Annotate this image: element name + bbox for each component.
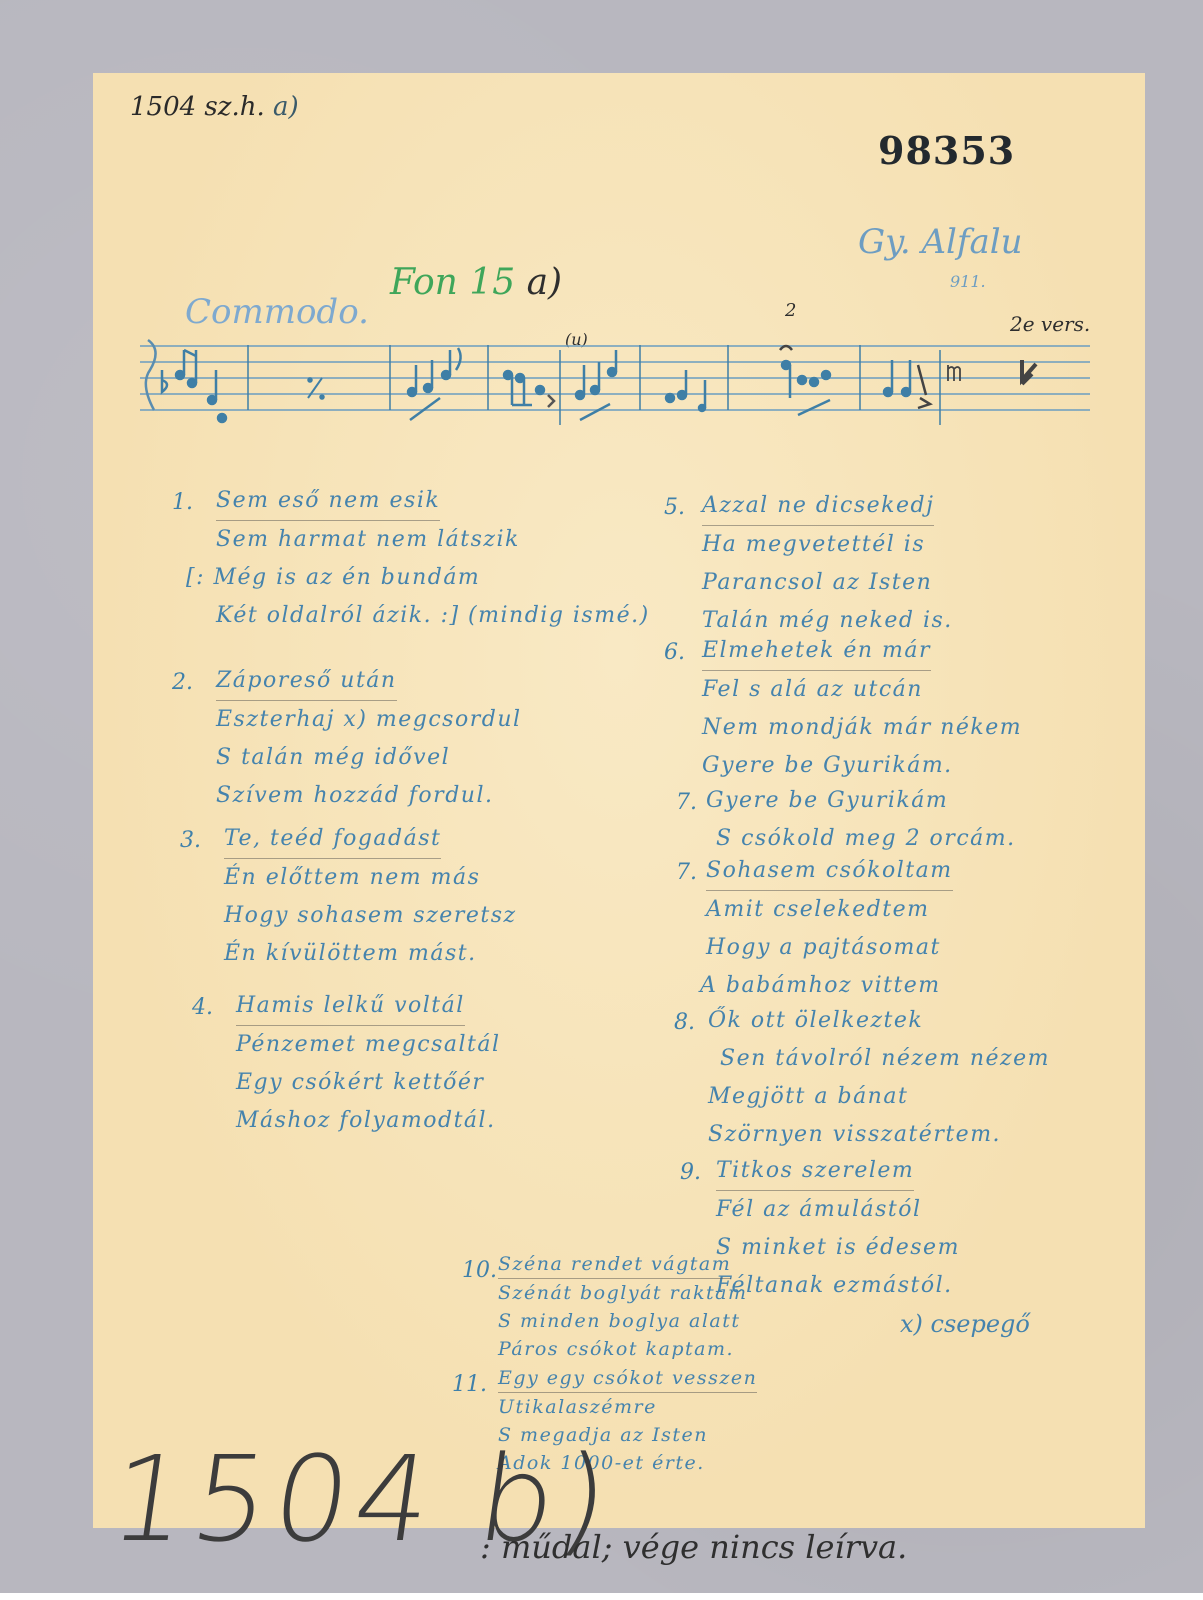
stamp-number: 98353 — [878, 128, 1015, 173]
archive-reference-suffix: a) — [273, 92, 299, 122]
stanza-line: Megjött a bánat — [708, 1078, 1050, 1116]
stanza-line: Én előttem nem más — [224, 859, 517, 897]
bottom-note: : műdal; vége nincs leírva. — [480, 1528, 907, 1566]
stanza-line: Sen távolról nézem nézem — [720, 1040, 1050, 1078]
archive-reference-number: 1504 sz.h. — [130, 92, 265, 122]
phonograph-suffix: a) — [527, 262, 563, 303]
stanza-line: Fel s alá az utcán — [702, 671, 1022, 709]
phonograph-reference: Fon 15 a) — [390, 262, 562, 303]
fermata-mark: 2 — [785, 300, 796, 321]
stanza-line: S talán még idővel — [216, 739, 522, 777]
stanza-number: 4. — [192, 995, 213, 1020]
stanza-line: Szénát boglyát raktam — [498, 1279, 748, 1307]
stanza-line: Gyere be Gyurikám. — [702, 747, 1022, 785]
stanza-line: S minket is édesem — [716, 1229, 960, 1267]
stanza-number: 8. — [674, 1010, 695, 1035]
footnote: x) csepegő — [900, 1310, 1030, 1338]
stanza-line: Hogy a pajtásomat — [706, 929, 953, 967]
stanza-number: 10. — [462, 1258, 497, 1283]
stanza-line: Ők ott ölelkeztek — [708, 1002, 1050, 1040]
phonograph-number: Fon 15 — [390, 262, 515, 303]
stanza-line: Nem mondják már nékem — [702, 709, 1022, 747]
stanza-number: 6. — [664, 640, 685, 665]
stanza-line: Azzal ne dicsekedj — [702, 487, 934, 526]
stanza-line: Pénzemet megcsaltál — [236, 1026, 501, 1064]
stanza-line: Záporeső után — [216, 662, 397, 701]
stanza-number: 7. — [676, 860, 697, 885]
stanza-line: Amit cselekedtem — [706, 891, 953, 929]
music-notation-icon — [140, 320, 1090, 430]
stanza-line: A babámhoz vittem — [700, 967, 953, 1005]
music-staff — [140, 345, 1090, 413]
stanza-line: Szívem hozzád fordul. — [216, 777, 522, 815]
stanza-number: 5. — [664, 495, 685, 520]
stanza-line: Ha megvetettél is — [702, 526, 953, 564]
stanza-line: Eszterhaj x) megcsordul — [216, 701, 522, 739]
stanza-line: Széna rendet vágtam — [498, 1250, 731, 1279]
stanza-number: 9. — [680, 1160, 701, 1185]
stanza-number: 2. — [172, 670, 193, 695]
stanza-line: Máshoz folyamodtál. — [236, 1102, 501, 1140]
stanza-line: Hamis lelkű voltál — [236, 987, 465, 1026]
stanza-line: Titkos szerelem — [716, 1152, 914, 1191]
stanza-line: Gyere be Gyurikám — [706, 782, 1016, 820]
stanza-line: Parancsol az Isten — [702, 564, 953, 602]
stanza-line: Sohasem csókoltam — [706, 852, 953, 891]
stanza-line: Sem eső nem esik — [216, 482, 440, 521]
stanza-line: Sem harmat nem látszik — [216, 521, 650, 559]
stanza-line: Én kívülöttem mást. — [224, 935, 517, 973]
stanza-line: Hogy sohasem szeretsz — [224, 897, 517, 935]
location-label: Gy. Alfalu — [858, 222, 1023, 262]
stanza-line: Szörnyen visszatértem. — [708, 1116, 1050, 1154]
stanza-number: 3. — [180, 828, 201, 853]
stanza-line: Utikalaszémre — [498, 1393, 757, 1421]
stanza-line: Féltanak ezmástól. — [716, 1267, 960, 1305]
stanza-line: Elmehetek én már — [702, 632, 931, 671]
stanza-line: S minden boglya alatt — [498, 1307, 748, 1335]
archive-reference: 1504 sz.h. a) — [130, 92, 299, 122]
stanza-line: Egy egy csókot vesszen — [498, 1364, 757, 1393]
location-sub-label: 911. — [950, 272, 986, 291]
stanza-line: [: Még is az én bundám — [186, 559, 650, 597]
stanza-number: 7. — [676, 790, 697, 815]
stanza-number: 1. — [172, 490, 193, 515]
stanza-line: Fél az ámulástól — [716, 1191, 960, 1229]
stanza-line: Te, teéd fogadást — [224, 820, 441, 859]
stanza-line: Páros csókot kaptam. — [498, 1335, 748, 1363]
stanza-line: Egy csókért kettőér — [236, 1064, 501, 1102]
stanza-line: Két oldalról ázik. :] (mindig ismé.) — [216, 597, 650, 635]
stanza-number: 11. — [452, 1372, 487, 1397]
